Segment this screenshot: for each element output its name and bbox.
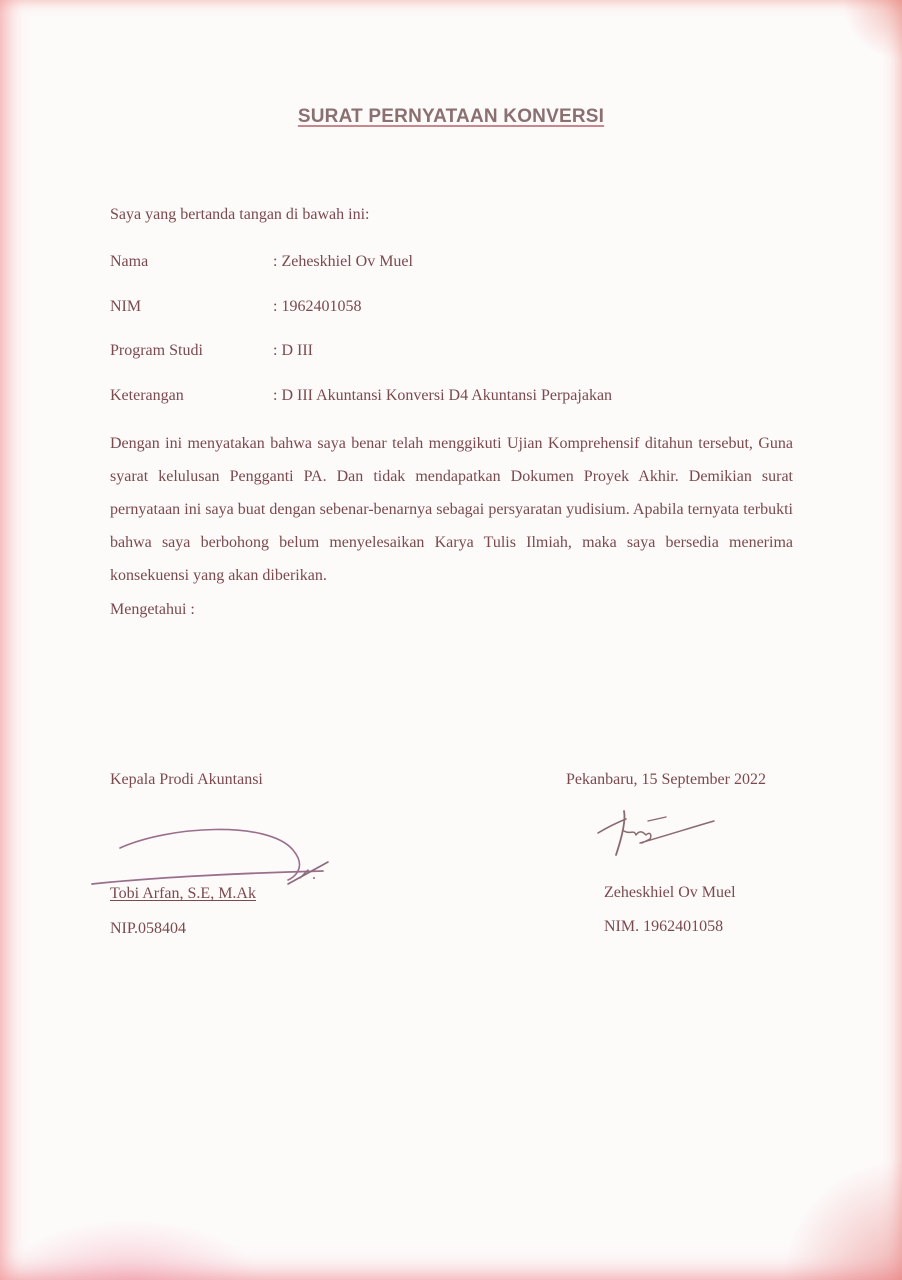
document-title-text: SURAT PERNYATAAN KONVERSI: [298, 106, 604, 127]
field-label-program-studi: Program Studi: [110, 342, 203, 360]
place-and-date: Pekanbaru, 15 September 2022: [566, 771, 766, 789]
right-signature-icon: [588, 805, 728, 865]
right-signatory-name: Zeheskhiel Ov Muel: [604, 884, 736, 902]
field-label-keterangan: Keterangan: [110, 387, 184, 405]
statement-paragraph: Dengan ini menyatakan bahwa saya benar t…: [110, 427, 793, 592]
scan-edge-shading: [0, 0, 902, 1280]
scan-corner-shading: [842, 0, 902, 60]
field-label-nim: NIM: [110, 298, 141, 316]
scan-corner-shading: [0, 1220, 260, 1280]
left-signatory-nip: NIP.058404: [110, 920, 186, 938]
field-value-nim: : 1962401058: [273, 298, 361, 316]
left-signatory-role: Kepala Prodi Akuntansi: [110, 771, 263, 789]
field-value-nama: : Zeheskhiel Ov Muel: [273, 253, 413, 271]
document-title: SURAT PERNYATAAN KONVERSI: [0, 106, 902, 128]
intro-text: Saya yang bertanda tangan di bawah ini:: [110, 206, 369, 224]
acknowledged-label: Mengetahui :: [110, 601, 195, 619]
scan-corner-shading: [782, 1160, 902, 1280]
field-value-program-studi: : D III: [273, 342, 313, 360]
right-signatory-nim: NIM. 1962401058: [604, 918, 723, 936]
field-value-keterangan: : D III Akuntansi Konversi D4 Akuntansi …: [273, 387, 612, 405]
left-signatory-name: Tobi Arfan, S.E, M.Ak: [110, 885, 256, 903]
field-label-nama: Nama: [110, 253, 148, 271]
